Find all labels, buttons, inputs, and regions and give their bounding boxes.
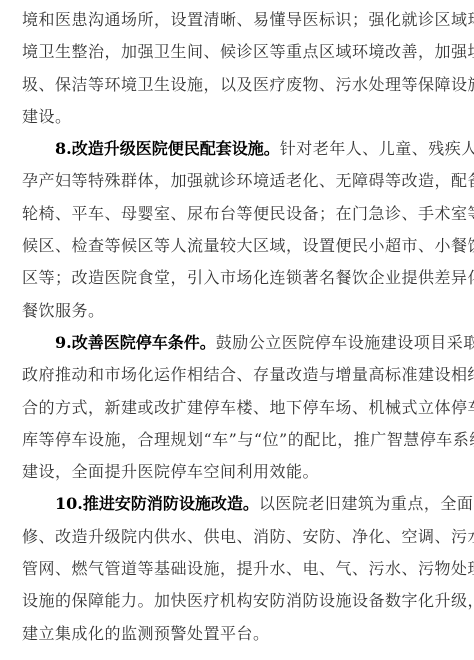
text-line: 修、改造升级院内供水、供电、消防、安防、净化、空调、污水 [22,521,462,553]
text-line: 建设。 [22,101,462,133]
text-line: 设施的保障能力。加快医疗机构安防消防设施设备数字化升级， [22,585,462,617]
text-span: 以医院老旧建筑为重点，全面检 [259,494,474,513]
text-line: 孕产妇等特殊群体，加强就诊环境适老化、无障碍等改造，配备 [22,165,462,197]
text-line: 区等；改造医院食堂，引入市场化连锁著名餐饮企业提供差异化 [22,262,462,294]
text-line: 候区、检查等候区等人流量较大区域，设置便民小超市、小餐饮 [22,230,462,262]
text-span: 鼓励公立医院停车设施建设项目采取 [216,333,474,352]
paragraph-7-continuation: 境和医患沟通场所，设置清晰、易懂导医标识；强化就诊区域环 境卫生整治，加强卫生间… [22,4,462,133]
section-heading-8: 8.改造升级医院便民配套设施。 [55,139,280,158]
text-line: 轮椅、平车、母婴室、尿布台等便民设备；在门急诊、手术室等 [22,198,462,230]
paragraph-first-line: 8.改造升级医院便民配套设施。针对老年人、儿童、残疾人、 [22,133,462,165]
text-line: 合的方式，新建或改扩建停车楼、地下停车场、机械式立体停车 [22,392,462,424]
text-line: 建立集成化的监测预警处置平台。 [22,618,462,650]
paragraph-first-line: 10.推进安防消防设施改造。以医院老旧建筑为重点，全面检 [22,488,462,520]
text-line: 餐饮服务。 [22,295,462,327]
text-line: 圾、保洁等环境卫生设施，以及医疗废物、污水处理等保障设施 [22,69,462,101]
paragraph-9: 9.改善医院停车条件。鼓励公立医院停车设施建设项目采取 政府推动和市场化运作相结… [22,327,462,488]
paragraph-first-line: 9.改善医院停车条件。鼓励公立医院停车设施建设项目采取 [22,327,462,359]
text-span: 针对老年人、儿童、残疾人、 [280,139,474,158]
text-line: 建设，全面提升医院停车空间利用效能。 [22,456,462,488]
section-heading-9: 9.改善医院停车条件。 [55,333,216,352]
paragraph-10: 10.推进安防消防设施改造。以医院老旧建筑为重点，全面检 修、改造升级院内供水、… [22,488,462,649]
text-line: 境和医患沟通场所，设置清晰、易懂导医标识；强化就诊区域环 [22,4,462,36]
text-line: 管网、燃气管道等基础设施，提升水、电、气、污水、污物处理 [22,553,462,585]
text-line: 库等停车设施，合理规划“车”与“位”的配比，推广智慧停车系统 [22,424,462,456]
section-heading-10: 10.推进安防消防设施改造。 [55,494,259,513]
paragraph-8: 8.改造升级医院便民配套设施。针对老年人、儿童、残疾人、 孕产妇等特殊群体，加强… [22,133,462,327]
document-page: 境和医患沟通场所，设置清晰、易懂导医标识；强化就诊区域环 境卫生整治，加强卫生间… [22,4,462,650]
text-line: 境卫生整治，加强卫生间、候诊区等重点区域环境改善，加强垃 [22,36,462,68]
text-line: 政府推动和市场化运作相结合、存量改造与增量高标准建设相结 [22,359,462,391]
